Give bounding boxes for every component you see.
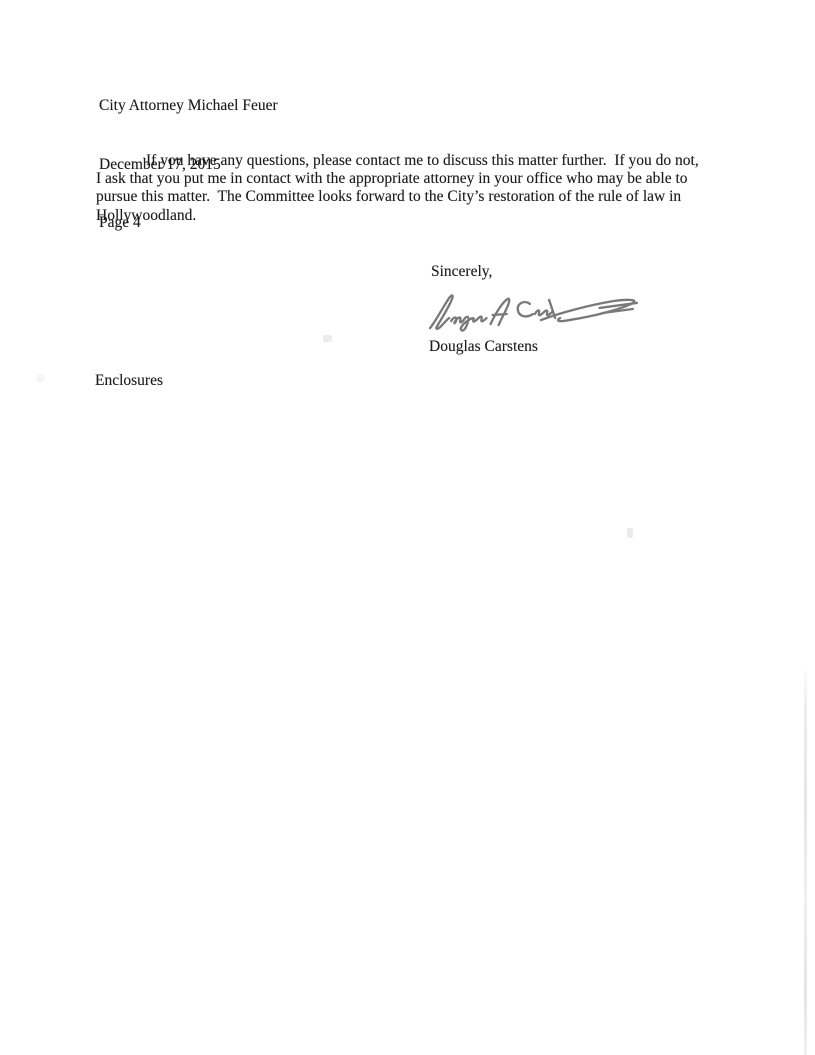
- signature-stroke-C: [518, 302, 533, 316]
- scan-artifact-speck: [36, 374, 45, 383]
- signature-stroke-A-bar: [493, 314, 507, 315]
- typed-name: Douglas Carstens: [429, 338, 538, 356]
- letter-page: City Attorney Michael Feuer December 17,…: [0, 0, 815, 1055]
- paragraph-line: I ask that you put me in contact with th…: [96, 170, 741, 188]
- paragraph-line: If you have any questions, please contac…: [96, 152, 741, 170]
- salutation: Sincerely,: [431, 263, 492, 281]
- signature-handwriting: [427, 290, 649, 336]
- recipient-line: City Attorney Michael Feuer: [99, 96, 278, 116]
- paragraph-line: Hollywoodland.: [96, 207, 741, 225]
- scan-artifact-speck: [627, 528, 633, 538]
- scan-artifact-streak: [804, 662, 807, 1055]
- signature-stroke-art: [535, 310, 552, 315]
- scan-artifact-speck: [323, 335, 332, 342]
- body-paragraph: If you have any questions, please contac…: [96, 152, 741, 225]
- signature-stroke-D: [430, 295, 453, 328]
- signature-stroke-A: [491, 299, 510, 325]
- enclosures-label: Enclosures: [95, 372, 163, 390]
- signature-stroke-ouglas: [451, 317, 486, 331]
- paragraph-line: pursue this matter. The Committee looks …: [96, 188, 741, 206]
